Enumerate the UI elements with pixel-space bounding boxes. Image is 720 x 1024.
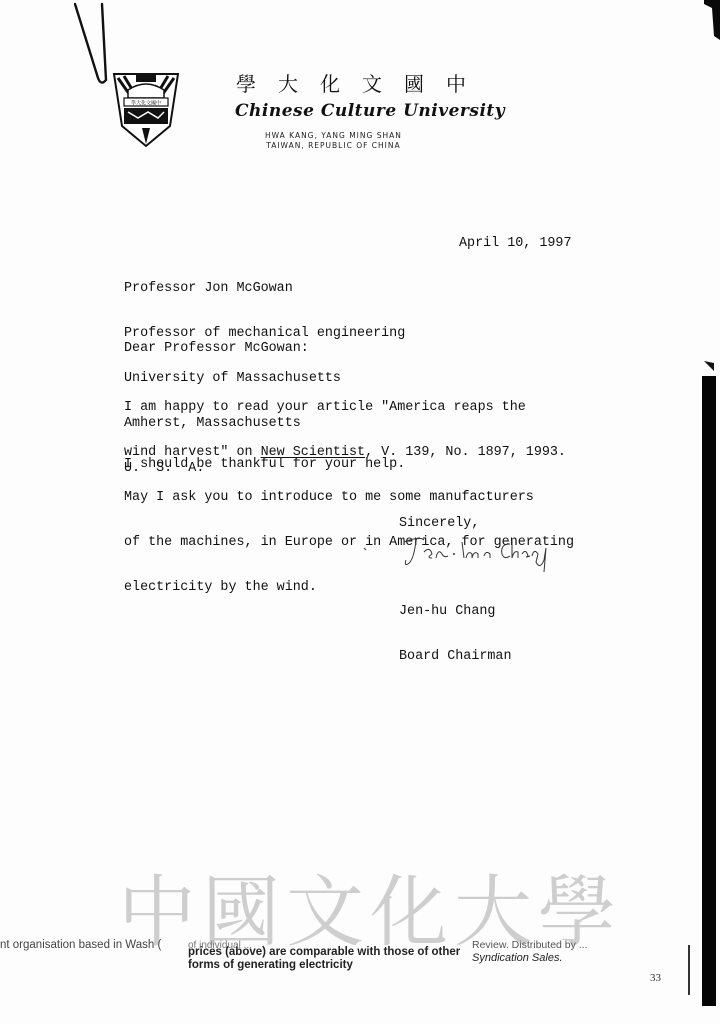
recipient-line: Professor Jon McGowan bbox=[124, 281, 405, 296]
letterhead-chinese-name: 學大化文國中 bbox=[236, 68, 488, 97]
letterhead-address-line2: TAIWAN, REPUBLIC OF CHINA bbox=[265, 141, 402, 151]
handwritten-signature bbox=[360, 530, 560, 578]
bleed-through-text-col1: nt organisation based in Wash ( bbox=[0, 939, 161, 952]
body-line: I am happy to read your article "America… bbox=[124, 400, 574, 415]
signer-title: Board Chairman bbox=[399, 649, 512, 664]
letter-date: April 10, 1997 bbox=[459, 236, 572, 251]
bleed-through-line: Review. Distributed by ... bbox=[472, 939, 588, 952]
bleed-through-text-col3: Review. Distributed by ... Syndication S… bbox=[472, 939, 588, 965]
letterhead-english-name: Chinese Culture University bbox=[235, 101, 505, 121]
signer-name: Jen-hu Chang bbox=[399, 604, 512, 619]
letterhead-address-line1: HWA KANG, YANG MING SHAN bbox=[265, 131, 402, 141]
scan-edge-artifact-top bbox=[700, 0, 720, 40]
body-paragraph-2: I should be thankful for your help. bbox=[124, 457, 405, 472]
scan-edge-marker bbox=[704, 358, 714, 368]
signer-block: Jen-hu Chang Board Chairman bbox=[399, 574, 512, 679]
bleed-through-text-col2: of individual ... prices (above) are com… bbox=[188, 946, 460, 972]
closing: Sincerely, bbox=[399, 516, 479, 531]
scan-edge-line bbox=[688, 945, 690, 995]
page-number: 33 bbox=[650, 972, 661, 984]
letterhead-address: HWA KANG, YANG MING SHAN TAIWAN, REPUBLI… bbox=[265, 131, 402, 151]
recipient-line: Professor of mechanical engineering bbox=[124, 326, 405, 341]
bleed-through-line: forms of generating electricity bbox=[188, 959, 460, 972]
body-line: May I ask you to introduce to me some ma… bbox=[124, 490, 574, 505]
bleed-through-line: Syndication Sales. bbox=[472, 952, 588, 965]
paperclip-icon bbox=[74, 0, 108, 86]
salutation: Dear Professor McGowan: bbox=[124, 341, 309, 356]
bleed-through-faint: of individual ... bbox=[188, 939, 252, 952]
university-crest-icon: 學大化文國中 bbox=[112, 68, 180, 148]
scan-edge-bar bbox=[702, 376, 716, 1006]
svg-text:學大化文國中: 學大化文國中 bbox=[131, 100, 161, 107]
